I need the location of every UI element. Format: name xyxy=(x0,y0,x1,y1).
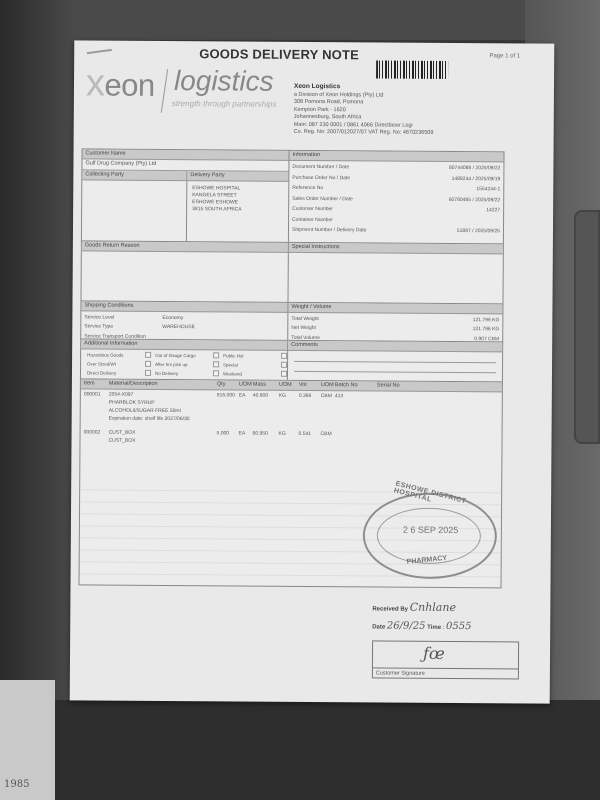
stamp-date: 2 6 SEP 2025 xyxy=(403,525,458,535)
comments-section: Comments xyxy=(287,340,503,384)
row-value: 1488244 / 2025/09/19 xyxy=(452,176,501,182)
row-label: Service Level xyxy=(84,314,162,321)
customer-section: Customer Name Gulf Drug Company (Pty) Lt… xyxy=(81,148,291,243)
background-bottom xyxy=(0,700,600,800)
item-cell: EA xyxy=(239,430,246,436)
background-top xyxy=(60,0,540,40)
checkbox-label: No Delivery xyxy=(155,370,178,375)
logo-x: x xyxy=(86,62,105,104)
row-label: Reference No xyxy=(292,185,323,191)
row-value: 121.796 KG xyxy=(473,317,500,323)
address-line: KANGELA STREET xyxy=(192,192,237,198)
item-description: CUST_BOX xyxy=(108,438,135,444)
row-label: Total Weight xyxy=(291,316,318,322)
checkbox[interactable] xyxy=(145,352,151,358)
shipping-header: Shipping Conditions xyxy=(81,301,288,312)
special-instructions-section: Special Instructions xyxy=(287,242,503,306)
document-title: GOODS DELIVERY NOTE xyxy=(199,46,359,62)
checkbox-item[interactable]: Weekend xyxy=(223,370,287,376)
column-header: UOM xyxy=(321,382,334,388)
delivery-party-address: ESHOWE HOSPITAL KANGELA STREET ESHOWE ES… xyxy=(192,185,242,213)
item-cell: 5.000 xyxy=(217,430,230,436)
info-row: Shipment Number / Delivery Date51887 / 2… xyxy=(289,225,503,237)
logo-xeon: xeon xyxy=(86,62,155,105)
logo-eon: eon xyxy=(104,68,154,103)
address-line: ESHOWE HOSPITAL xyxy=(192,185,240,191)
column-header: UOM xyxy=(239,381,252,387)
row-label: Service Type xyxy=(84,323,162,330)
checkbox-label: Hazardous Goods xyxy=(87,352,123,357)
company-line: 308 Pomona Road, Pomona xyxy=(294,99,363,105)
item-description: Expiration date: shelf life 2027/06/30 xyxy=(109,416,190,423)
checkbox-item[interactable]: Out of Gauge Cargo xyxy=(155,352,219,358)
checkbox-label: Out of Gauge Cargo xyxy=(155,352,196,357)
address-line: 3815 SOUTH AFRICA xyxy=(192,206,242,212)
time-label: Time xyxy=(427,625,441,631)
page-number: Page 1 of 1 xyxy=(489,53,520,59)
checkbox-label: Direct Delivery xyxy=(87,370,116,375)
item-description: ALCOHOL&SUGAR FREE 50ml xyxy=(109,408,181,415)
date-value: 26/9/25 xyxy=(387,621,426,632)
checkbox[interactable] xyxy=(213,361,219,367)
weight-volume-header: Weight / Volume xyxy=(288,303,502,314)
row-value: 121.796 KG xyxy=(473,326,500,332)
item-cell: 80.950 xyxy=(253,431,268,437)
row-value: 60780485 / 2025/09/22 xyxy=(449,197,500,203)
column-header: Qty xyxy=(217,381,226,387)
logo-logistics: logistics xyxy=(174,65,274,98)
time-value: 0555 xyxy=(446,621,472,632)
item-description: CUST_BOX xyxy=(109,430,136,436)
comments-header: Comments xyxy=(288,341,502,352)
logo-tagline: strength through partnerships xyxy=(172,99,277,109)
collecting-party-header: Collecting Party xyxy=(82,170,186,181)
row-label: Shipment Number / Delivery Date xyxy=(292,227,367,234)
checkbox[interactable] xyxy=(213,352,219,358)
received-by-label: Received By xyxy=(372,606,408,612)
divider xyxy=(186,171,188,244)
signature-divider xyxy=(373,667,518,669)
row-value: 14227 xyxy=(486,207,500,213)
additional-info-section: Additional Information Hazardous GoodsOu… xyxy=(80,338,289,381)
item-cell: 000002 xyxy=(84,429,101,435)
item-description: PHARBLOK SYRUP xyxy=(109,400,155,406)
company-line: Main: 087 230 0001 / 0861 4066 Directlas… xyxy=(294,121,413,128)
row-label: Document Number / Date xyxy=(292,164,349,170)
company-line: Co. Reg. No: 2007/012027/07 VAT Reg. No:… xyxy=(294,129,434,136)
row-label: Container Number xyxy=(292,217,333,223)
item-cell: 000001 xyxy=(84,391,101,397)
column-header: Vol xyxy=(299,382,307,388)
signature-label: Customer Signature xyxy=(376,670,425,676)
column-header: Batch No xyxy=(335,382,358,388)
row-value: 51887 / 2025/09/25 xyxy=(457,228,500,234)
checkbox-item[interactable]: No Delivery xyxy=(155,370,219,376)
information-header: Information xyxy=(289,151,503,162)
additional-info-header: Additional Information xyxy=(81,339,288,350)
item-cell: KG xyxy=(279,431,286,437)
row-label: Customer Number xyxy=(292,206,333,212)
row-value: WAREHOUSE xyxy=(162,324,195,330)
scrap-text: 1985 xyxy=(4,779,29,790)
column-header: Item xyxy=(84,380,95,386)
received-by-signature: Cnhlane xyxy=(410,601,456,614)
shipping-section: Shipping Conditions Service LevelEconomy… xyxy=(80,300,289,341)
comment-line xyxy=(294,361,496,363)
checkbox-label: After hrs pick up xyxy=(155,361,188,366)
company-line: a Division of Xeon Holdings (Pty) Ltd xyxy=(294,91,384,98)
checkbox-item[interactable]: Special xyxy=(223,361,287,367)
checkbox-item[interactable]: Over Sized/Wt xyxy=(87,360,151,366)
company-address: Xeon Logistics a Division of Xeon Holdin… xyxy=(294,83,434,137)
logo-divider xyxy=(161,69,168,113)
date-label: Date xyxy=(372,624,385,630)
column-header: Serial No xyxy=(377,382,400,388)
item-cell: CBM xyxy=(321,431,332,437)
item-description: 2054-X097 xyxy=(109,392,134,398)
column-header: UOM xyxy=(279,382,292,388)
row-label: Purchase Order No / Date xyxy=(292,175,350,181)
received-by-line: Received By Cnhlane xyxy=(372,600,456,614)
checkbox[interactable] xyxy=(145,370,151,376)
checkbox[interactable] xyxy=(213,370,219,376)
company-line: Kempton Park - 1620 xyxy=(294,106,346,112)
company-name: Xeon Logistics xyxy=(294,83,340,90)
checkbox-label: Special xyxy=(223,362,238,367)
checkbox-item[interactable]: Hazardous Goods xyxy=(87,351,151,357)
item-cell: KG xyxy=(279,393,286,399)
row-label: Net Weight xyxy=(291,325,316,331)
delivery-note-paper: GOODS DELIVERY NOTE Page 1 of 1 xeon log… xyxy=(70,40,555,703)
special-instructions-header: Special Instructions xyxy=(289,243,503,254)
goods-return-section: Goods Return Reason xyxy=(80,240,289,303)
checkbox-label: Over Sized/Wt xyxy=(87,361,116,366)
information-section: Information Document Number / Date807440… xyxy=(288,150,505,246)
weight-volume-section: Weight / Volume Total Weight121.796 KGNe… xyxy=(287,302,503,344)
checkbox-item[interactable]: Direct Delivery xyxy=(87,369,151,375)
checkbox-item[interactable]: After hrs pick up xyxy=(155,361,219,367)
logo-mark-icon xyxy=(87,49,113,60)
item-cell: EA xyxy=(239,392,246,398)
checkbox-label: Public Hol xyxy=(223,353,243,358)
goods-return-header: Goods Return Reason xyxy=(82,241,289,252)
date-time-line: Date 26/9/25 Time : 0555 xyxy=(372,620,471,632)
item-cell: 413 xyxy=(335,393,343,399)
row-value: Economy xyxy=(162,314,183,320)
row-value: 80744088 / 2025/09/22 xyxy=(449,165,500,171)
barcode-icon xyxy=(376,60,448,79)
company-line: Johannesburg, South Africa xyxy=(294,114,362,120)
background-paper-scrap: 1985 xyxy=(0,680,55,800)
item-cell: 0.366 xyxy=(299,393,312,399)
delivery-party-header: Delivery Party xyxy=(187,171,289,182)
column-header: Material/Description xyxy=(109,381,158,387)
item-cell: 0.541 xyxy=(299,431,312,437)
item-cell: 40.800 xyxy=(253,393,268,399)
column-header: Mass xyxy=(253,382,266,388)
item-cell: 816.000 xyxy=(217,392,235,398)
comment-line xyxy=(294,371,496,373)
hospital-stamp: ESHOWE DISTRICT HOSPITAL 2 6 SEP 2025 PH… xyxy=(363,492,498,579)
background-panel xyxy=(574,210,600,444)
row-label: Sales Order Number / Date xyxy=(292,196,353,202)
signature-mark: ƒœ xyxy=(423,644,445,663)
item-cell: CBM xyxy=(321,393,332,399)
checkbox-item[interactable]: Public Hol xyxy=(223,352,287,358)
address-line: ESHOWE ESHOWE xyxy=(192,199,238,205)
checkbox-label: Weekend xyxy=(223,371,242,376)
checkbox[interactable] xyxy=(145,361,151,367)
customer-signature-box: ƒœ Customer Signature xyxy=(372,640,519,679)
row-value: 1554244-1 xyxy=(476,186,500,192)
